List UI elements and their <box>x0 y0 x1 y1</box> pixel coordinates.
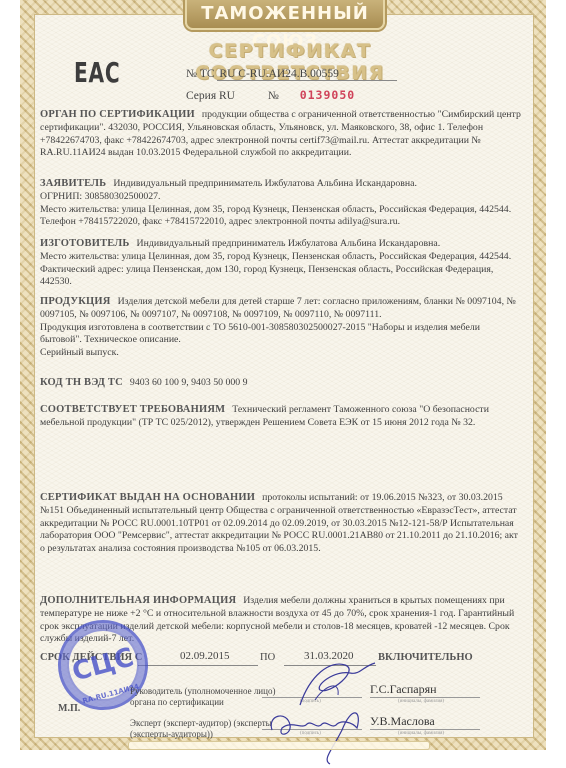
name-line <box>370 697 480 698</box>
valid-to-label: ПО <box>260 652 275 663</box>
conformity-section: СООТВЕТСТВУЕТ ТРЕБОВАНИЯМТехнический рег… <box>40 404 522 430</box>
certification-body-section: ОРГАН ПО СЕРТИФИКАЦИИпродукции общества … <box>40 109 522 160</box>
certificate-number-value: RU C-RU.АИ24.В.00559 <box>217 68 396 81</box>
section-text: Изделия детской мебели для детей старше … <box>40 296 516 320</box>
form-number: 0139050 <box>300 88 355 102</box>
applicant-address: Место жительства: улица Целинная, дом 35… <box>40 204 511 228</box>
section-label: ПРОДУКЦИЯ <box>40 296 111 307</box>
section-label: ЗАЯВИТЕЛЬ <box>40 178 106 189</box>
section-label: СЕРТИФИКАТ ВЫДАН НА ОСНОВАНИИ <box>40 492 255 503</box>
inclusive-label: ВКЛЮЧИТЕЛЬНО <box>378 652 473 663</box>
section-text: Индивидуальный предприниматель Ижбулатов… <box>137 238 441 249</box>
customs-union-banner: ТАМОЖЕННЫЙ СОЮЗ <box>185 0 385 30</box>
certificate-number-label: № ТС <box>186 68 215 80</box>
section-label: КОД ТН ВЭД ТС <box>40 377 123 388</box>
form-number-label: № <box>268 90 279 102</box>
form-printer-imprint <box>128 741 430 750</box>
tn-ved-code-section: КОД ТН ВЭД ТС9403 60 100 9, 9403 50 000 … <box>40 377 522 390</box>
section-label: ДОПОЛНИТЕЛЬНАЯ ИНФОРМАЦИЯ <box>40 595 236 606</box>
section-text: Индивидуальный предприниматель Ижбулатов… <box>113 178 417 189</box>
manufacturer-address: Место жительства: улица Целинная, дом 35… <box>40 251 511 288</box>
name-line <box>370 729 480 730</box>
date-underline <box>138 665 258 666</box>
section-label: ИЗГОТОВИТЕЛЬ <box>40 238 130 249</box>
expert-role-label: Эксперт (эксперт-аудитор) (эксперты (экс… <box>130 718 280 740</box>
section-label: ОРГАН ПО СЕРТИФИКАЦИИ <box>40 109 195 120</box>
section-text: 9403 60 100 9, 9403 50 000 9 <box>130 377 248 388</box>
issue-basis-section: СЕРТИФИКАТ ВЫДАН НА ОСНОВАНИИпротоколы и… <box>40 492 522 556</box>
product-spec: Продукция изготовлена в соответствии с Т… <box>40 322 480 346</box>
product-release: Серийный выпуск. <box>40 347 119 358</box>
name-caption: (инициалы, фамилия) <box>398 731 444 736</box>
section-label: СООТВЕТСТВУЕТ ТРЕБОВАНИЯМ <box>40 404 225 415</box>
head-role-label: Руководитель (уполномоченное лицо) орган… <box>130 686 280 708</box>
form-series: Серия RU № 0139050 <box>186 88 355 102</box>
expert-signature-icon <box>262 700 372 766</box>
product-section: ПРОДУКЦИЯИзделия детской мебели для дете… <box>40 296 522 360</box>
expert-name: У.В.Маслова <box>370 714 435 729</box>
series-label: Серия <box>186 90 216 102</box>
stamp-monogram: СЦС <box>69 642 137 687</box>
applicant-section: ЗАЯВИТЕЛЬИндивидуальный предприниматель … <box>40 178 522 229</box>
stamp-place-label: М.П. <box>58 703 80 714</box>
eac-logo-icon: EAC <box>74 54 100 92</box>
valid-from-date: 02.09.2015 <box>180 650 230 662</box>
applicant-ogrnip: ОГРНИП: 308580302500027. <box>40 191 161 202</box>
certificate-number: № ТС RU C-RU.АИ24.В.00559 <box>186 68 397 80</box>
manufacturer-section: ИЗГОТОВИТЕЛЬИндивидуальный предпринимате… <box>40 238 522 289</box>
name-caption: (инициалы, фамилия) <box>398 699 444 704</box>
series-value: RU <box>219 90 235 102</box>
